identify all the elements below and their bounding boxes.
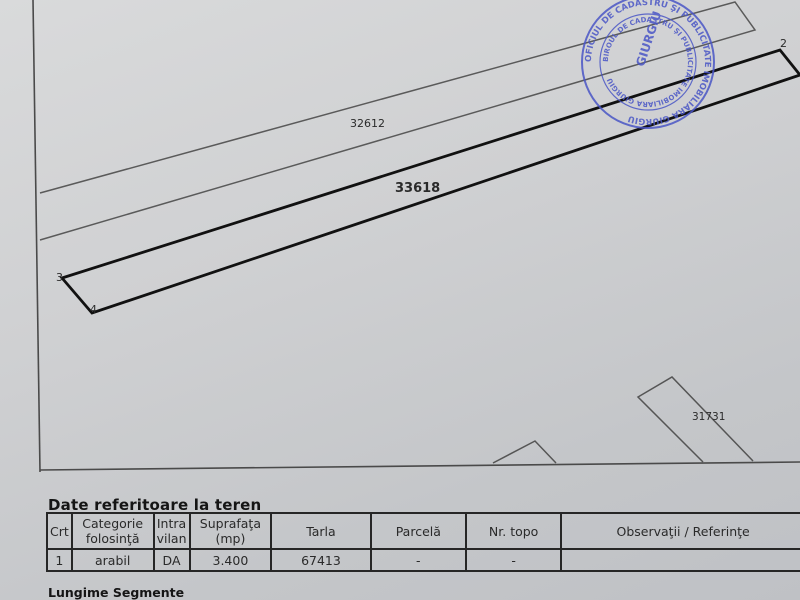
col-categorie: Categorie folosinţă: [72, 513, 154, 549]
col-suprafata: Suprafaţa (mp): [190, 513, 272, 549]
cell-observatii: [561, 549, 800, 571]
cadastral-plan-drawing: 32612 33618 2 3 4 31731 OFICIUL DE CADAS…: [0, 0, 800, 490]
official-stamp: OFICIUL DE CADASTRU ŞI PUBLICITATE IMOBI…: [582, 0, 714, 128]
col-observatii: Observaţii / Referinţe: [561, 513, 800, 549]
neighbor-parcel-partial: [493, 441, 556, 463]
cell-crt: 1: [47, 549, 72, 571]
table-header-row: Crt Categorie folosinţă Intra vilan Supr…: [47, 513, 800, 549]
cell-nr-topo: -: [466, 549, 561, 571]
col-crt: Crt: [47, 513, 72, 549]
section-title-segments: Lungime Segmente: [48, 585, 184, 600]
vertex-label-4: 4: [90, 303, 97, 316]
col-nr-topo: Nr. topo: [466, 513, 561, 549]
cell-tarla: 67413: [271, 549, 370, 571]
parcel-label-32612: 32612: [350, 117, 385, 130]
cell-suprafata: 3.400: [190, 549, 272, 571]
cell-intravilan: DA: [154, 549, 190, 571]
cell-parcela: -: [371, 549, 466, 571]
col-intravilan: Intra vilan: [154, 513, 190, 549]
cell-categorie: arabil: [72, 549, 154, 571]
col-parcela: Parcelă: [371, 513, 466, 549]
table-row: 1 arabil DA 3.400 67413 - -: [47, 549, 800, 571]
vertex-label-3: 3: [56, 271, 63, 284]
plan-frame-left: [33, 0, 40, 472]
parcel-label-33618: 33618: [395, 181, 440, 196]
plan-frame-bottom: [40, 462, 800, 470]
parcel-label-31731: 31731: [692, 411, 725, 423]
land-data-table: Crt Categorie folosinţă Intra vilan Supr…: [46, 512, 800, 572]
neighbor-parcel-31731: 31731: [638, 377, 753, 462]
col-tarla: Tarla: [271, 513, 370, 549]
vertex-label-2: 2: [780, 37, 787, 50]
